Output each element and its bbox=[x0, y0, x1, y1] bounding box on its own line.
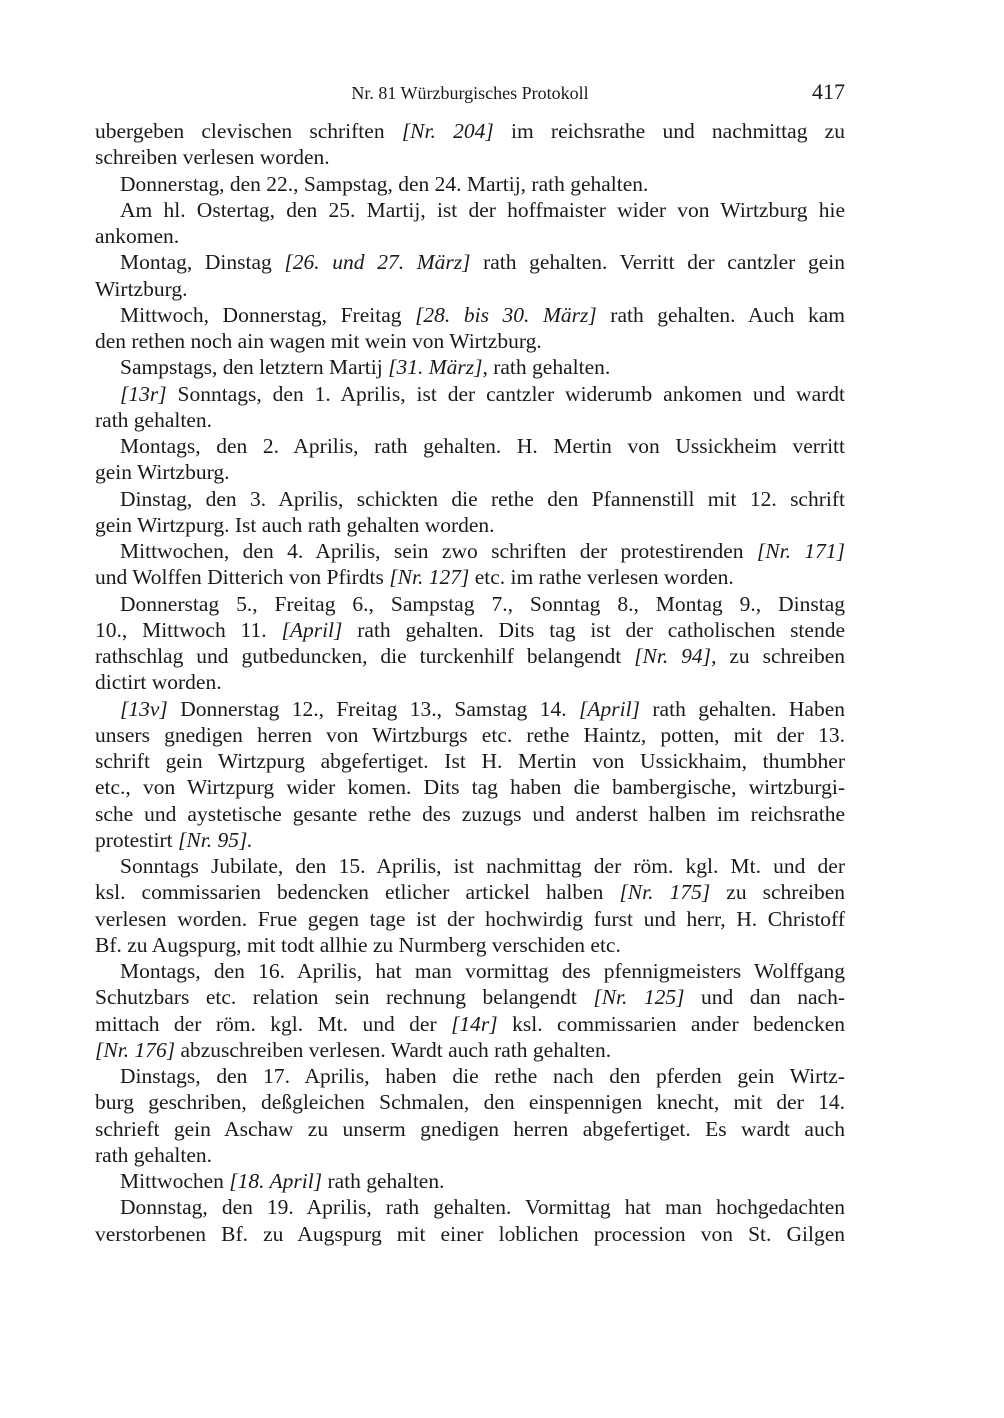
text-run: Sonntags Jubilate, den 15. Aprilis, ist … bbox=[120, 854, 845, 878]
text-line: schreiben verlesen worden. bbox=[95, 144, 845, 170]
editorial-reference: [April] bbox=[579, 697, 640, 721]
text-line: Bf. zu Augspurg, mit todt allhie zu Nurm… bbox=[95, 932, 845, 958]
text-line: sche und aystetische gesante rethe des z… bbox=[95, 801, 845, 827]
text-run: rath gehalten. bbox=[95, 408, 212, 432]
text-run: abzuschreiben verlesen. Wardt auch rath … bbox=[175, 1038, 611, 1062]
editorial-reference: [Nr. 94] bbox=[634, 644, 711, 668]
text-line: den rethen noch ain wagen mit wein von W… bbox=[95, 328, 845, 354]
text-run: Schutzbars etc. relation sein rechnung b… bbox=[95, 985, 593, 1009]
editorial-reference: [28. bis 30. März] bbox=[415, 303, 597, 327]
text-run: gein Wirtzpurg. Ist auch rath gehalten w… bbox=[95, 513, 495, 537]
text-line: dictirt worden. bbox=[95, 669, 845, 695]
text-run: protestirt bbox=[95, 828, 178, 852]
paragraph: Montag, Dinstag [26. und 27. März] rath … bbox=[95, 249, 845, 302]
text-line: Sampstags, den letztern Martij [31. März… bbox=[95, 354, 845, 380]
text-line: ksl. commissarien bedencken etlicher art… bbox=[95, 879, 845, 905]
text-line: Donnerstag, den 22., Sampstag, den 24. M… bbox=[95, 171, 845, 197]
editorial-reference: [31. März] bbox=[388, 355, 482, 379]
text-line: rathschlag und gutbeduncken, die turcken… bbox=[95, 643, 845, 669]
text-run: rathschlag und gutbeduncken, die turcken… bbox=[95, 644, 634, 668]
text-run: , rath gehalten. bbox=[482, 355, 610, 379]
editorial-reference: [April] bbox=[281, 618, 342, 642]
text-line: schrieft gein Aschaw zu unserm gnedigen … bbox=[95, 1116, 845, 1142]
text-run: und dan nach- bbox=[685, 985, 846, 1009]
text-line: Montags, den 16. Aprilis, hat man vormit… bbox=[95, 958, 845, 984]
paragraph: Donnstag, den 19. Aprilis, rath gehalten… bbox=[95, 1194, 845, 1247]
editorial-reference: [14r] bbox=[451, 1012, 498, 1036]
text-run: den rethen noch ain wagen mit wein von W… bbox=[95, 329, 542, 353]
text-line: Donnerstag 5., Freitag 6., Sampstag 7., … bbox=[95, 591, 845, 617]
editorial-reference: [13r] bbox=[120, 382, 167, 406]
text-run: etc., von Wirtzpurg wider komen. Dits ta… bbox=[95, 775, 845, 799]
paragraph: [13r] Sonntags, den 1. Aprilis, ist der … bbox=[95, 381, 845, 434]
text-run: und Wolffen Ditterich von Pfirdts bbox=[95, 565, 389, 589]
editorial-reference: [Nr. 175] bbox=[619, 880, 710, 904]
editorial-reference: [18. April] bbox=[229, 1169, 322, 1193]
text-line: protestirt [Nr. 95]. bbox=[95, 827, 845, 853]
paragraph: Mittwoch, Donnerstag, Freitag [28. bis 3… bbox=[95, 302, 845, 355]
paragraph: Mittwochen, den 4. Aprilis, sein zwo sch… bbox=[95, 538, 845, 591]
editorial-reference: [Nr. 125] bbox=[593, 985, 684, 1009]
text-line: Mittwoch, Donnerstag, Freitag [28. bis 3… bbox=[95, 302, 845, 328]
text-run: Dinstags, den 17. Aprilis, haben die ret… bbox=[120, 1064, 845, 1088]
paragraph: Donnerstag, den 22., Sampstag, den 24. M… bbox=[95, 171, 845, 197]
text-run: Donnerstag, den 22., Sampstag, den 24. M… bbox=[120, 172, 648, 196]
text-line: Donnstag, den 19. Aprilis, rath gehalten… bbox=[95, 1194, 845, 1220]
document-page: Nr. 81 Würzburgisches Protokoll 417 uber… bbox=[0, 0, 1004, 1418]
text-run: ksl. commissarien ander bedencken bbox=[498, 1012, 845, 1036]
text-run: Montags, den 2. Aprilis, rath gehalten. … bbox=[120, 434, 845, 458]
text-run: gein Wirtzburg. bbox=[95, 460, 229, 484]
editorial-reference: [Nr. 95]. bbox=[178, 828, 253, 852]
text-line: Dinstag, den 3. Aprilis, schickten die r… bbox=[95, 486, 845, 512]
text-run: ksl. commissarien bedencken etlicher art… bbox=[95, 880, 619, 904]
paragraph: Sampstags, den letztern Martij [31. März… bbox=[95, 354, 845, 380]
text-line: mittach der röm. kgl. Mt. und der [14r] … bbox=[95, 1011, 845, 1037]
text-run: rath gehalten. bbox=[322, 1169, 444, 1193]
text-line: Schutzbars etc. relation sein rechnung b… bbox=[95, 984, 845, 1010]
text-line: Montag, Dinstag [26. und 27. März] rath … bbox=[95, 249, 845, 275]
text-run: schreiben verlesen worden. bbox=[95, 145, 330, 169]
text-run: Mittwoch, Donnerstag, Freitag bbox=[120, 303, 415, 327]
text-run: Bf. zu Augspurg, mit todt allhie zu Nurm… bbox=[95, 933, 621, 957]
editorial-reference: [Nr. 176] bbox=[95, 1038, 175, 1062]
text-line: gein Wirtzburg. bbox=[95, 459, 845, 485]
text-line: gein Wirtzpurg. Ist auch rath gehalten w… bbox=[95, 512, 845, 538]
paragraph: Donnerstag 5., Freitag 6., Sampstag 7., … bbox=[95, 591, 845, 696]
text-run: Wirtzburg. bbox=[95, 277, 187, 301]
editorial-reference: [26. und 27. März] bbox=[284, 250, 470, 274]
text-line: Mittwochen [18. April] rath gehalten. bbox=[95, 1168, 845, 1194]
paragraph: Montags, den 16. Aprilis, hat man vormit… bbox=[95, 958, 845, 1063]
page-number: 417 bbox=[812, 79, 845, 105]
editorial-reference: [Nr. 204] bbox=[402, 119, 494, 143]
editorial-reference: [Nr. 127] bbox=[389, 565, 469, 589]
text-run: Mittwochen bbox=[120, 1169, 229, 1193]
text-run: rath gehalten. Auch kam bbox=[597, 303, 845, 327]
paragraph: [13v] Donnerstag 12., Freitag 13., Samst… bbox=[95, 696, 845, 854]
editorial-reference: [Nr. 171] bbox=[757, 539, 845, 563]
text-run: schrift gein Wirtzpurg abgefertiget. Ist… bbox=[95, 749, 845, 773]
body-text: ubergeben clevischen schriften [Nr. 204]… bbox=[95, 118, 845, 1247]
text-run: ankomen. bbox=[95, 224, 179, 248]
text-line: [13v] Donnerstag 12., Freitag 13., Samst… bbox=[95, 696, 845, 722]
text-line: Dinstags, den 17. Aprilis, haben die ret… bbox=[95, 1063, 845, 1089]
paragraph: Dinstag, den 3. Aprilis, schickten die r… bbox=[95, 486, 845, 539]
text-line: etc., von Wirtzpurg wider komen. Dits ta… bbox=[95, 774, 845, 800]
text-line: ankomen. bbox=[95, 223, 845, 249]
text-line: Wirtzburg. bbox=[95, 276, 845, 302]
text-run: Montags, den 16. Aprilis, hat man vormit… bbox=[120, 959, 845, 983]
text-run: ubergeben clevischen schriften bbox=[95, 119, 402, 143]
text-line: Am hl. Ostertag, den 25. Martij, ist der… bbox=[95, 197, 845, 223]
text-run: unsers gnedigen herren von Wirtzburgs et… bbox=[95, 723, 845, 747]
text-run: rath gehalten. Verritt der cantzler gein bbox=[470, 250, 845, 274]
text-run: verlesen worden. Frue gegen tage ist der… bbox=[95, 907, 845, 931]
text-run: mittach der röm. kgl. Mt. und der bbox=[95, 1012, 451, 1036]
text-line: Montags, den 2. Aprilis, rath gehalten. … bbox=[95, 433, 845, 459]
text-run: Sonntags, den 1. Aprilis, ist der cantzl… bbox=[167, 382, 845, 406]
paragraph: Sonntags Jubilate, den 15. Aprilis, ist … bbox=[95, 853, 845, 958]
text-line: rath gehalten. bbox=[95, 1142, 845, 1168]
paragraph: ubergeben clevischen schriften [Nr. 204]… bbox=[95, 118, 845, 171]
text-run: dictirt worden. bbox=[95, 670, 222, 694]
text-line: Sonntags Jubilate, den 15. Aprilis, ist … bbox=[95, 853, 845, 879]
text-run: rath gehalten. Dits tag ist der catholis… bbox=[342, 618, 845, 642]
text-line: verlesen worden. Frue gegen tage ist der… bbox=[95, 906, 845, 932]
text-line: schrift gein Wirtzpurg abgefertiget. Ist… bbox=[95, 748, 845, 774]
text-line: ubergeben clevischen schriften [Nr. 204]… bbox=[95, 118, 845, 144]
text-run: burg geschriben, deßgleichen Schmalen, d… bbox=[95, 1090, 845, 1114]
text-line: verstorbenen Bf. zu Augspurg mit einer l… bbox=[95, 1221, 845, 1247]
text-run: Mittwochen, den 4. Aprilis, sein zwo sch… bbox=[120, 539, 757, 563]
text-run: Montag, Dinstag bbox=[120, 250, 284, 274]
text-run: sche und aystetische gesante rethe des z… bbox=[95, 802, 845, 826]
text-run: rath gehalten. bbox=[95, 1143, 212, 1167]
text-run: rath gehalten. Haben bbox=[640, 697, 845, 721]
running-head-title: Nr. 81 Würzburgisches Protokoll bbox=[95, 83, 845, 104]
text-line: 10., Mittwoch 11. [April] rath gehalten.… bbox=[95, 617, 845, 643]
text-run: 10., Mittwoch 11. bbox=[95, 618, 281, 642]
text-run: Donnerstag 5., Freitag 6., Sampstag 7., … bbox=[120, 592, 845, 616]
text-run: Dinstag, den 3. Aprilis, schickten die r… bbox=[120, 487, 845, 511]
text-line: und Wolffen Ditterich von Pfirdts [Nr. 1… bbox=[95, 564, 845, 590]
text-run: verstorbenen Bf. zu Augspurg mit einer l… bbox=[95, 1222, 845, 1246]
text-line: unsers gnedigen herren von Wirtzburgs et… bbox=[95, 722, 845, 748]
paragraph: Dinstags, den 17. Aprilis, haben die ret… bbox=[95, 1063, 845, 1168]
paragraph: Mittwochen [18. April] rath gehalten. bbox=[95, 1168, 845, 1194]
text-run: Donnerstag 12., Freitag 13., Samstag 14. bbox=[168, 697, 579, 721]
running-head: Nr. 81 Würzburgisches Protokoll 417 bbox=[95, 78, 845, 108]
text-run: Am hl. Ostertag, den 25. Martij, ist der… bbox=[120, 198, 845, 222]
paragraph: Am hl. Ostertag, den 25. Martij, ist der… bbox=[95, 197, 845, 250]
text-line: Mittwochen, den 4. Aprilis, sein zwo sch… bbox=[95, 538, 845, 564]
text-run: Sampstags, den letztern Martij bbox=[120, 355, 388, 379]
text-line: [13r] Sonntags, den 1. Aprilis, ist der … bbox=[95, 381, 845, 407]
text-line: burg geschriben, deßgleichen Schmalen, d… bbox=[95, 1089, 845, 1115]
text-run: , zu schreiben bbox=[711, 644, 845, 668]
editorial-reference: [13v] bbox=[120, 697, 168, 721]
text-line: rath gehalten. bbox=[95, 407, 845, 433]
text-run: zu schreiben bbox=[710, 880, 845, 904]
text-run: Donnstag, den 19. Aprilis, rath gehalten… bbox=[120, 1195, 845, 1219]
text-run: etc. im rathe verlesen worden. bbox=[469, 565, 733, 589]
text-line: [Nr. 176] abzuschreiben verlesen. Wardt … bbox=[95, 1037, 845, 1063]
text-run: im reichsrathe und nachmittag zu bbox=[494, 119, 845, 143]
text-run: schrieft gein Aschaw zu unserm gnedigen … bbox=[95, 1117, 845, 1141]
paragraph: Montags, den 2. Aprilis, rath gehalten. … bbox=[95, 433, 845, 486]
